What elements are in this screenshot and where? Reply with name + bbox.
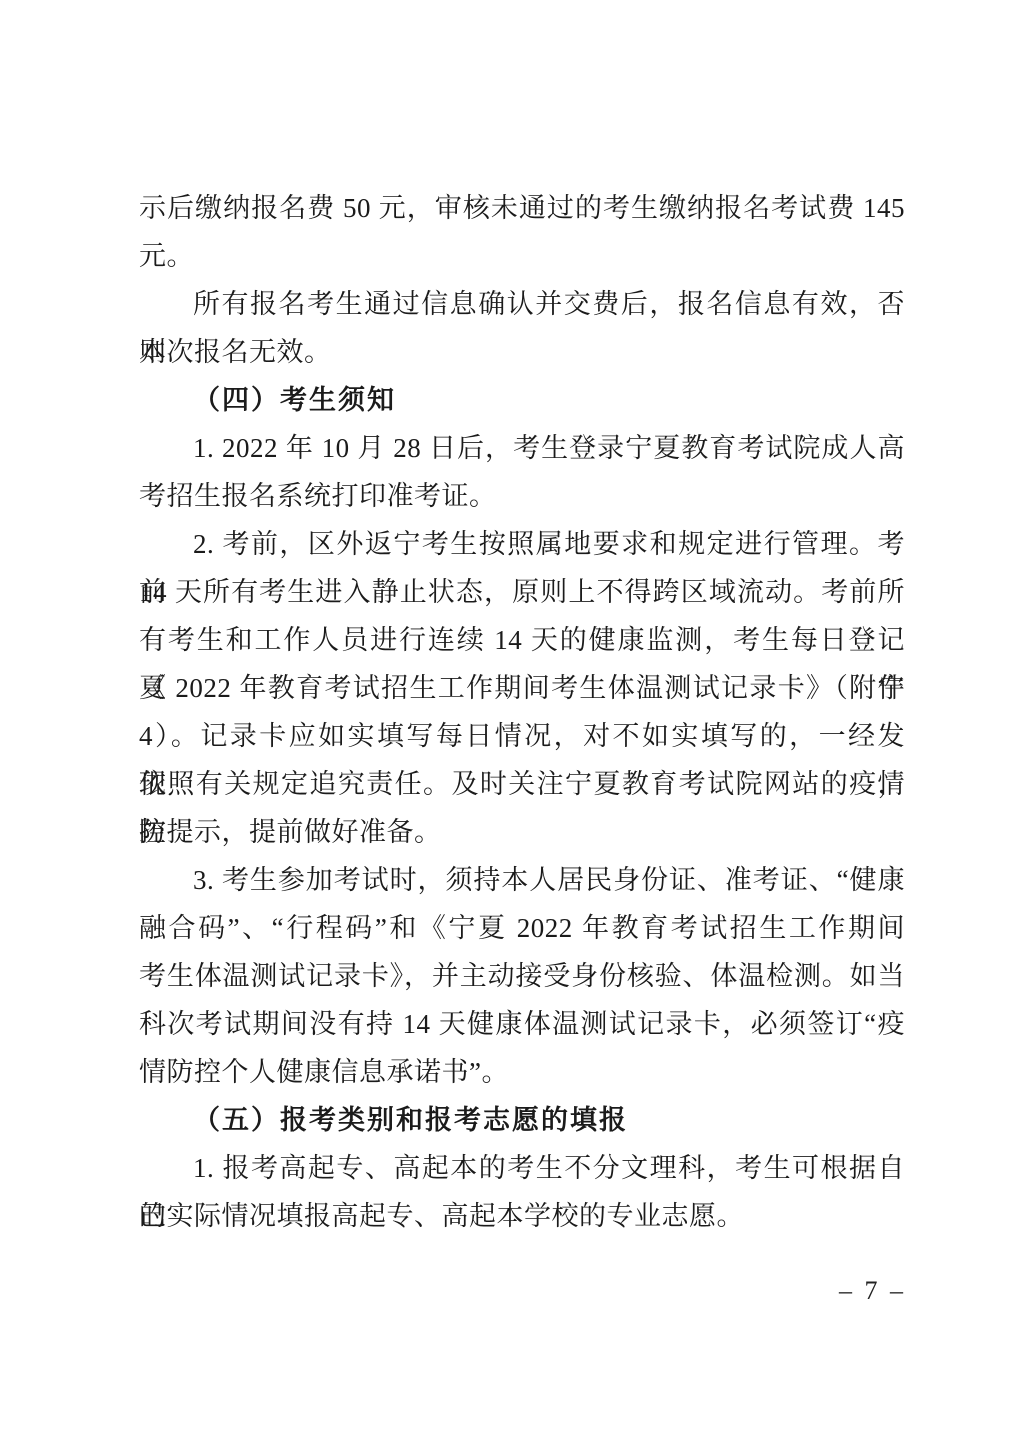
document-line-13: 依照有关规定追究责任。及时关注宁夏教育考试院网站的疫情防 [139,760,905,808]
document-line-4: 本次报名无效。 [139,328,905,376]
document-line-9: 14 天所有考生进入静止状态，原则上不得跨区域流动。考前所 [139,568,905,616]
document-line-15: 3. 考生参加考试时，须持本人居民身份证、准考证、“健康 [139,856,905,904]
document-line-1: 示后缴纳报名费 50 元，审核未通过的考生缴纳报名考试费 145 [139,184,905,232]
document-line-5: （四）考生须知 [139,376,905,424]
document-line-19: 情防控个人健康信息承诺书”。 [139,1048,905,1096]
document-line-14: 控提示，提前做好准备。 [139,808,905,856]
page-number: – 7 – [839,1276,906,1306]
document-line-12: 4）。记录卡应如实填写每日情况，对不如实填写的，一经发现， [139,712,905,760]
document-line-18: 科次考试期间没有持 14 天健康体温测试记录卡，必须签订“疫 [139,1000,905,1048]
document-line-20: （五）报考类别和报考志愿的填报 [139,1096,905,1144]
document-page: 示后缴纳报名费 50 元，审核未通过的考生缴纳报名考试费 145元。所有报名考生… [0,0,1024,1448]
document-line-16: 融合码”、“行程码”和《宁夏 2022 年教育考试招生工作期间 [139,904,905,952]
document-line-7: 考招生报名系统打印准考证。 [139,472,905,520]
document-line-8: 2. 考前，区外返宁考生按照属地要求和规定进行管理。考前 [139,520,905,568]
document-line-2: 元。 [139,232,905,280]
document-line-3: 所有报名考生通过信息确认并交费后，报名信息有效，否则 [139,280,905,328]
document-line-10: 有考生和工作人员进行连续 14 天的健康监测，考生每日登记《宁 [139,616,905,664]
document-line-17: 考生体温测试记录卡》，并主动接受身份核验、体温检测。如当 [139,952,905,1000]
document-line-22: 的实际情况填报高起专、高起本学校的专业志愿。 [139,1192,905,1240]
document-line-21: 1. 报考高起专、高起本的考生不分文理科，考生可根据自己 [139,1144,905,1192]
text-block: 示后缴纳报名费 50 元，审核未通过的考生缴纳报名考试费 145元。所有报名考生… [139,184,905,1240]
document-line-6: 1. 2022 年 10 月 28 日后，考生登录宁夏教育考试院成人高 [139,424,905,472]
document-line-11: 夏 2022 年教育考试招生工作期间考生体温测试记录卡》（附件 [139,664,905,712]
